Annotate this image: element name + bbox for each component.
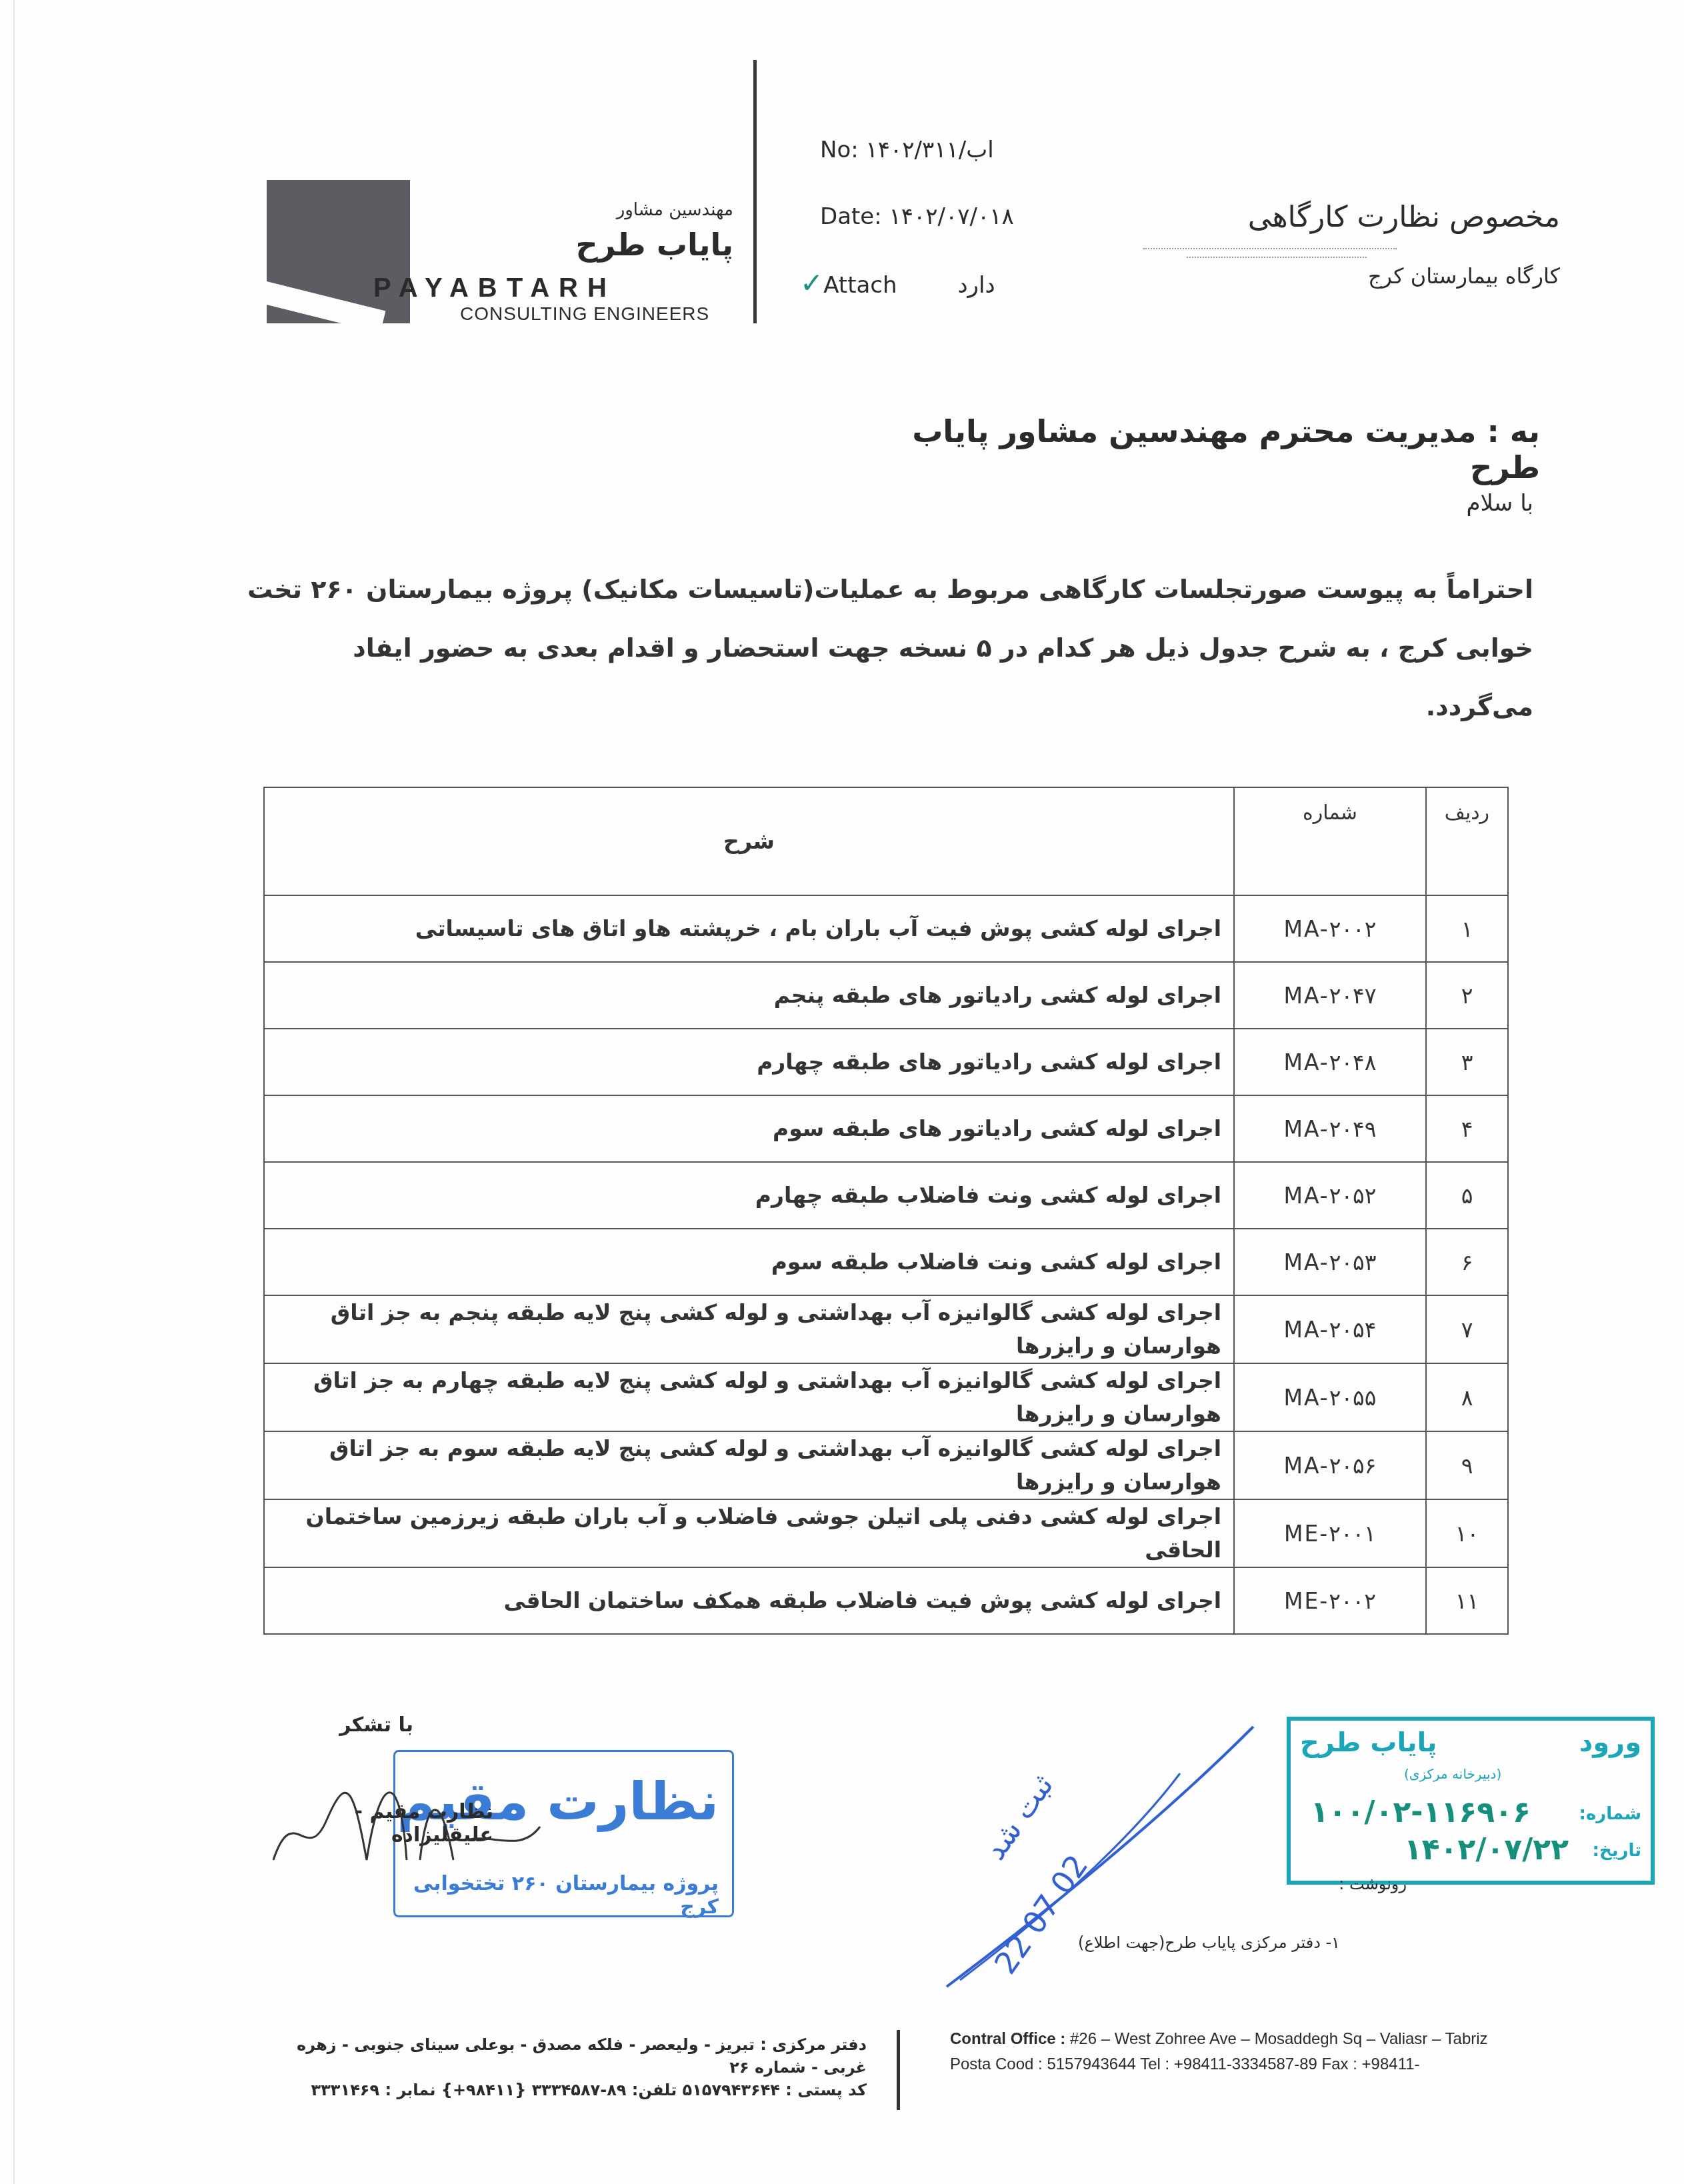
table-row: ۲MA-۲۰۴۷اجرای لوله کشی رادیاتور های طبقه…: [264, 962, 1508, 1029]
footer-divider: [897, 2030, 900, 2110]
cc-item: ۱- دفتر مرکزی پایاب طرح(جهت اطلاع): [967, 1933, 1340, 1952]
row-description: اجرای لوله کشی ونت فاضلاب طبقه چهارم: [264, 1162, 1234, 1229]
attach-label: Attach: [823, 272, 897, 299]
row-index: ۴: [1426, 1095, 1508, 1162]
receipt-stamp: ورود پایاب طرح (دبیرخانه مرکزی) شماره: ۱…: [1287, 1717, 1655, 1885]
header-number: شماره: [1234, 787, 1426, 895]
row-description: اجرای لوله کشی رادیاتور های طبقه چهارم: [264, 1029, 1234, 1095]
receipt-date-value: ۱۴۰۲/۰۷/۲۲: [1404, 1833, 1569, 1867]
row-number: MA-۲۰۰۲: [1234, 895, 1426, 962]
table-row: ۷MA-۲۰۵۴اجرای لوله کشی گالوانیزه آب بهدا…: [264, 1295, 1508, 1363]
brand-tagline: CONSULTING ENGINEERS: [460, 303, 709, 325]
closing-thanks: با تشکر: [320, 1713, 413, 1737]
receipt-number-label: شماره:: [1579, 1804, 1641, 1824]
brand-subtitle: مهندسین مشاور: [533, 200, 733, 220]
row-number: ME-۲۰۰۲: [1234, 1567, 1426, 1634]
table-row: ۱۱ME-۲۰۰۲اجرای لوله کشی پوش فیت فاضلاب ط…: [264, 1567, 1508, 1634]
dotted-line: [1187, 257, 1367, 258]
row-index: ۵: [1426, 1162, 1508, 1229]
row-number: MA-۲۰۴۷: [1234, 962, 1426, 1029]
receipt-date-label: تاریخ:: [1593, 1841, 1641, 1861]
handwritten-date: 22 07 02: [987, 1848, 1095, 1981]
body-paragraph: احتراماً به پیوست صورتجلسات کارگاهی مربو…: [240, 560, 1533, 736]
row-number: MA-۲۰۵۳: [1234, 1229, 1426, 1295]
header-title: مخصوص نظارت کارگاهی: [1147, 200, 1560, 234]
row-description: اجرای لوله کشی رادیاتور های طبقه سوم: [264, 1095, 1234, 1162]
handwritten-text: ثبت شد: [978, 1769, 1061, 1866]
date-value: ۱۴۰۲/۰۷/۰۱۸: [889, 203, 1014, 230]
letter-number: No: ۱۴۰۲/اب/۳۱۱: [820, 137, 994, 163]
row-index: ۱: [1426, 895, 1508, 962]
row-index: ۲: [1426, 962, 1508, 1029]
row-description: اجرای لوله کشی پوش فیت آب باران بام ، خر…: [264, 895, 1234, 962]
table-row: ۱۰ME-۲۰۰۱اجرای لوله کشی دفنی پلی اتیلن ج…: [264, 1499, 1508, 1567]
checkmark-icon: ✓: [800, 267, 823, 299]
row-index: ۸: [1426, 1363, 1508, 1431]
footer-en-label: Contral Office :: [950, 2030, 1065, 2048]
table-row: ۳MA-۲۰۴۸اجرای لوله کشی رادیاتور های طبقه…: [264, 1029, 1508, 1095]
footer-en-contact: Posta Cood : 5157943644 Tel : +98411-333…: [950, 2052, 1537, 2077]
footer-fa-line2: کد پستی : ۵۱۵۷۹۴۳۶۴۴ تلفن: ۸۹-۳۳۳۴۵۸۷ {۹…: [267, 2079, 867, 2101]
row-description: اجرای لوله کشی ونت فاضلاب طبقه سوم: [264, 1229, 1234, 1295]
row-description: اجرای لوله کشی گالوانیزه آب بهداشتی و لو…: [264, 1295, 1234, 1363]
row-description: اجرای لوله کشی پوش فیت فاضلاب طبقه همکف …: [264, 1567, 1234, 1634]
dotted-line: [1143, 248, 1397, 249]
table-row: ۱MA-۲۰۰۲اجرای لوله کشی پوش فیت آب باران …: [264, 895, 1508, 962]
row-index: ۳: [1426, 1029, 1508, 1095]
row-number: ME-۲۰۰۱: [1234, 1499, 1426, 1567]
no-label: No:: [820, 137, 859, 163]
signature-icon: [267, 1760, 547, 1893]
header-divider: [753, 60, 757, 323]
row-index: ۶: [1426, 1229, 1508, 1295]
header-description: شرح: [264, 787, 1234, 895]
table-row: ۴MA-۲۰۴۹اجرای لوله کشی رادیاتور های طبقه…: [264, 1095, 1508, 1162]
footer-address-fa: دفتر مرکزی : تبریز - ولیعصر - فلکه مصدق …: [267, 2033, 867, 2101]
date-label: Date:: [820, 203, 882, 230]
row-description: اجرای لوله کشی دفنی پلی اتیلن جوشی فاضلا…: [264, 1499, 1234, 1567]
table-header-row: ردیف شماره شرح: [264, 787, 1508, 895]
row-description: اجرای لوله کشی رادیاتور های طبقه پنجم: [264, 962, 1234, 1029]
minutes-table: ردیف شماره شرح ۱MA-۲۰۰۲اجرای لوله کشی پو…: [263, 787, 1509, 1635]
attach-value: دارد: [957, 272, 995, 299]
row-number: MA-۲۰۵۲: [1234, 1162, 1426, 1229]
table-row: ۹MA-۲۰۵۶اجرای لوله کشی گالوانیزه آب بهدا…: [264, 1431, 1508, 1499]
row-description: اجرای لوله کشی گالوانیزه آب بهداشتی و لو…: [264, 1431, 1234, 1499]
cc-label: رونوشت :: [1287, 1875, 1407, 1893]
greeting: با سلام: [1267, 490, 1533, 517]
receipt-number-value: ۱۰۰/۰۲-۱۱۶۹۰۶: [1311, 1795, 1531, 1829]
row-number: MA-۲۰۴۸: [1234, 1029, 1426, 1095]
table-row: ۸MA-۲۰۵۵اجرای لوله کشی گالوانیزه آب بهدا…: [264, 1363, 1508, 1431]
addressee: به : مدیریت محترم مهندسین مشاور پایاب طر…: [867, 413, 1540, 485]
no-value: ۱۴۰۲/اب/۳۱۱: [866, 137, 994, 163]
row-description: اجرای لوله کشی گالوانیزه آب بهداشتی و لو…: [264, 1363, 1234, 1431]
receipt-title-right: ورود: [1579, 1727, 1641, 1758]
letter-date: Date: ۱۴۰۲/۰۷/۰۱۸: [820, 203, 1014, 230]
row-number: MA-۲۰۴۹: [1234, 1095, 1426, 1162]
footer-fa-line1: دفتر مرکزی : تبریز - ولیعصر - فلکه مصدق …: [267, 2033, 867, 2079]
row-index: ۷: [1426, 1295, 1508, 1363]
receipt-subtitle: (دبیرخانه مرکزی): [1404, 1766, 1501, 1782]
attachment: ✓Attach دارد: [800, 267, 995, 299]
header-index: ردیف: [1426, 787, 1508, 895]
row-index: ۱۰: [1426, 1499, 1508, 1567]
row-number: MA-۲۰۵۵: [1234, 1363, 1426, 1431]
brand-name-en: PAYABTARH: [373, 273, 616, 303]
table-row: ۵MA-۲۰۵۲اجرای لوله کشی ونت فاضلاب طبقه چ…: [264, 1162, 1508, 1229]
row-number: MA-۲۰۵۶: [1234, 1431, 1426, 1499]
row-index: ۱۱: [1426, 1567, 1508, 1634]
row-number: MA-۲۰۵۴: [1234, 1295, 1426, 1363]
footer-en-address: #26 – West Zohree Ave – Mosaddegh Sq – V…: [1070, 2030, 1488, 2048]
header-subtitle: کارگاه بیمارستان کرج: [1267, 263, 1560, 289]
footer-address-en: Contral Office : #26 – West Zohree Ave –…: [950, 2027, 1537, 2077]
receipt-title-left: پایاب طرح: [1300, 1727, 1437, 1758]
row-index: ۹: [1426, 1431, 1508, 1499]
brand-name-fa: پایاب طرح: [533, 227, 733, 263]
table-row: ۶MA-۲۰۵۳اجرای لوله کشی ونت فاضلاب طبقه س…: [264, 1229, 1508, 1295]
